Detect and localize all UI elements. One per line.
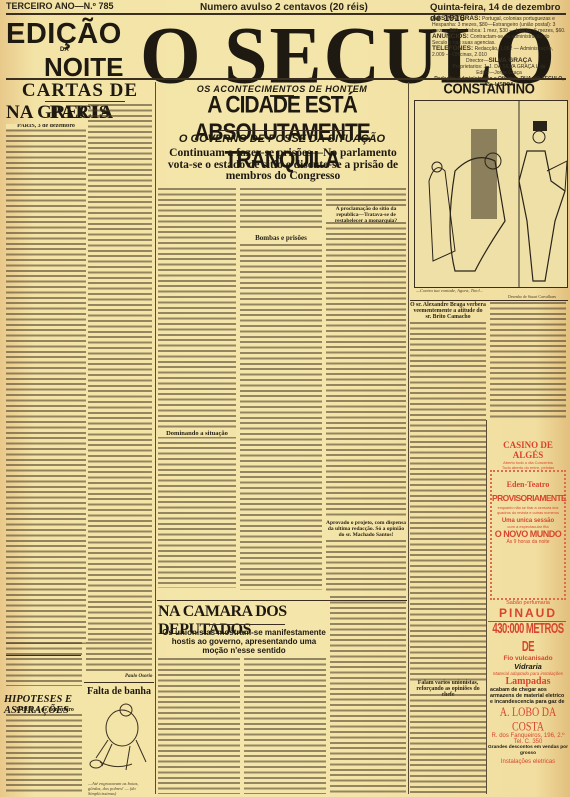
center-col3-top — [326, 188, 406, 206]
constantino-cartoon-illustration-icon — [415, 101, 567, 287]
telefones-label: TELEFONES: — [432, 45, 473, 52]
article-head-braga: O sr. Alexandre Braga verbera veementeme… — [410, 302, 486, 320]
right-col2 — [490, 302, 566, 418]
ad-eden-teatro: Eden-Teatro PROVISORIAMENTE enquanto não… — [490, 470, 566, 600]
dateline-paris-4: PARIS, 4 de dezembro — [6, 707, 84, 713]
lobo-da-costa-name: A. LOBO DA COSTA — [488, 706, 568, 735]
center-col2-top — [240, 188, 322, 228]
article-col2-end — [86, 642, 152, 672]
subhead-dominando: Dominando a situação — [158, 430, 236, 437]
deck-camara: Os unionistas mostram-se manifestamente … — [160, 628, 328, 655]
camara-col2 — [244, 658, 326, 794]
center-col1 — [158, 188, 236, 588]
subhead-bombas: Bombas e prisões — [240, 234, 322, 242]
camara-col1 — [158, 658, 240, 794]
center-col3 — [326, 222, 406, 518]
assinaturas-label: ASSINATURAS: — [432, 15, 481, 22]
deck: Continuam a fazer-se prisões—No parlamen… — [160, 148, 406, 183]
subhead-aprovado: Aprovado o projeto, com dispensa da ulti… — [326, 520, 406, 538]
subheadline: O GOVERNO DE POSSE DA SITUAÇÃO — [158, 133, 406, 145]
cartoon-title-falta-de-banha: Falta de banha — [84, 686, 154, 697]
cartoon-constantino — [414, 100, 568, 288]
ad-pinaud: Sabão perfumaria PINAUD — [490, 600, 566, 620]
cartoon-falta-de-banha — [86, 700, 152, 780]
cartoon-caption-small: —Até engraxavam as botas, gôrdas, dos po… — [88, 781, 152, 796]
right-col1-end — [410, 694, 486, 794]
ad-casino-algés: CASINO DE ALGÉS Aberto todo o dia Concer… — [490, 440, 566, 470]
fat-man-illustration-icon — [86, 700, 152, 780]
article-hipoteses — [6, 714, 82, 794]
cartoon-credit: Desenho de Stuart Carvalhaes — [508, 294, 556, 299]
right-col1 — [410, 322, 486, 682]
director-name: SILVA GRAÇA — [488, 57, 532, 64]
ad-lobo-da-costa: 430:000 METROS DE Fio vulcanisado Vidrar… — [488, 622, 568, 765]
cartoon-caption: —Contra tua vontade, Agora, Tino!... — [416, 288, 484, 293]
subscription-info: ASSINATURAS: Portugal, colonias portugue… — [432, 16, 566, 76]
newspaper-page: TERCEIRO ANO—N.º 785 Numero avulso 2 cen… — [0, 0, 570, 797]
center-col3-end — [326, 540, 406, 592]
center-col2 — [240, 244, 322, 590]
signature: Paulo Osorio — [125, 674, 152, 679]
article-grecia-col2 — [88, 104, 152, 644]
article-grecia-col1: PARIS, 3 de dezembro — [6, 124, 86, 644]
anuncios-label: ANUNCIOS: — [432, 33, 469, 40]
issue-number: TERCEIRO ANO—N.º 785 — [6, 1, 113, 11]
camara-col3 — [330, 596, 406, 794]
article-grecia-end — [6, 642, 82, 686]
